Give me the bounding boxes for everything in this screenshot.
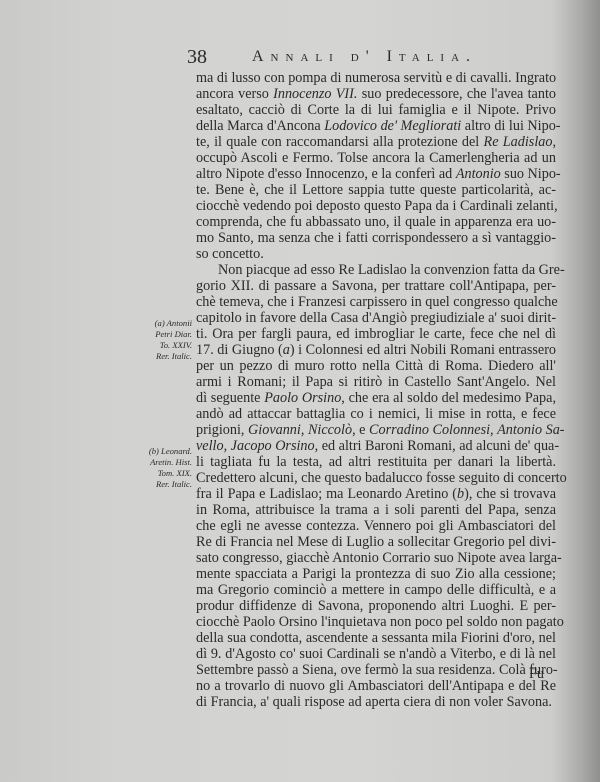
- margin-note-line: (b) Leonard.: [110, 446, 192, 457]
- text-line: dì 9. d'Agosto co' suoi Cardinali se n'a…: [196, 646, 556, 662]
- margin-note-line: Aretin. Hist.: [110, 457, 192, 468]
- text-line: Re di Francia nel Mese di Luglio a solle…: [196, 534, 556, 550]
- text-line: gorio XII. di passare a Savona, per trat…: [196, 278, 556, 294]
- text-line: occupò Ascoli e Fermo. Tolse ancora la C…: [196, 150, 556, 166]
- text-line: esaltato, cacciò di Corte la di lui fami…: [196, 102, 556, 118]
- text-line: produr diffidenze di Savona, proponendo …: [196, 598, 556, 614]
- text-line: prigioni, Giovanni, Niccolò, e Corradino…: [196, 422, 556, 438]
- margin-note-line: (a) Antonii: [110, 318, 192, 329]
- text-line: capitolo in favore della Casa d'Angiò pr…: [196, 310, 556, 326]
- text-line: Settembre passò a Siena, ove fermò la su…: [196, 662, 556, 678]
- text-line: comprenda, che fu abbassato uno, il qual…: [196, 214, 556, 230]
- catchword: Fu: [529, 666, 544, 683]
- text-line: te, il quale con raccomandarsi alla prot…: [196, 134, 556, 150]
- margin-note-a: (a) Antonii Petri Diar. To. XXIV. Rer. I…: [110, 318, 192, 362]
- text-line: Non piacque ad esso Re Ladislao la conve…: [196, 262, 556, 278]
- text-line: in Roma, attribuisce la trama a i soli p…: [196, 502, 556, 518]
- page-header: 38 Annali d' Italia.: [0, 46, 600, 70]
- text-line: fra il Papa e Ladislao; ma Leonardo Aret…: [196, 486, 556, 502]
- body-text: ma di lusso con pompa di numerosa servit…: [196, 70, 556, 710]
- margin-note-b: (b) Leonard. Aretin. Hist. Tom. XIX. Rer…: [110, 446, 192, 490]
- text-line: ma Gregorio cominciò a mettere in campo …: [196, 582, 556, 598]
- text-line: li tagliata fu la testa, ad altri restit…: [196, 454, 556, 470]
- text-line: vello, Jacopo Orsino, ed altri Baroni Ro…: [196, 438, 556, 454]
- text-line: Credettero alcuni, che questo badalucco …: [196, 470, 556, 486]
- margin-note-line: Tom. XIX.: [110, 468, 192, 479]
- text-line: che egli ne avesse contezza. Vennero poi…: [196, 518, 556, 534]
- text-line: ancora verso Innocenzo VII. suo predeces…: [196, 86, 556, 102]
- text-line: mo Santo, ma senza che i fatti corrispon…: [196, 230, 556, 246]
- text-line: dì seguente Paolo Orsino, che era al sol…: [196, 390, 556, 406]
- text-line: ti. Ora per fargli paura, ed imbrogliar …: [196, 326, 556, 342]
- book-page: 38 Annali d' Italia. ma di lusso con pom…: [0, 0, 600, 782]
- text-line: ma di lusso con pompa di numerosa servit…: [196, 70, 556, 86]
- text-line: di Francia, a' quali rispose ad aperta c…: [196, 694, 556, 710]
- page-number: 38: [187, 46, 207, 69]
- text-line: ciocchè vedendo poi deposto questo Papa …: [196, 198, 556, 214]
- margin-note-line: Rer. Italic.: [110, 351, 192, 362]
- margin-note-line: To. XXIV.: [110, 340, 192, 351]
- text-line: della Marca d'Ancona Lodovico de' Meglio…: [196, 118, 556, 134]
- text-line: andò ad attaccar battaglia co i nemici, …: [196, 406, 556, 422]
- margin-note-line: Rer. Italic.: [110, 479, 192, 490]
- text-line: so concetto.: [196, 246, 556, 262]
- text-line: chè temeva, che i Franzesi carpissero in…: [196, 294, 556, 310]
- text-line: sato congresso, giacchè Antonio Corrario…: [196, 550, 556, 566]
- text-line: per un pezzo di muro rotto nella Città d…: [196, 358, 556, 374]
- margin-note-line: Petri Diar.: [110, 329, 192, 340]
- text-line: te. Bene è, che il Lettore sappia tutte …: [196, 182, 556, 198]
- text-line: ciocchè Paolo Orsino l'inquietava non po…: [196, 614, 556, 630]
- text-line: mente spacciata a Parigi la prontezza di…: [196, 566, 556, 582]
- text-line: altro Nipote d'esso Innocenzo, e la conf…: [196, 166, 556, 182]
- running-title: Annali d' Italia.: [252, 48, 477, 66]
- text-line: della sua condotta, ascendente a sessant…: [196, 630, 556, 646]
- text-line: no a trovarlo di nuovo gli Ambasciatori …: [196, 678, 556, 694]
- text-line: armi i Romani; il Papa si ritirò in Cast…: [196, 374, 556, 390]
- text-line: 17. di Giugno (a) i Colonnesi ed altri N…: [196, 342, 556, 358]
